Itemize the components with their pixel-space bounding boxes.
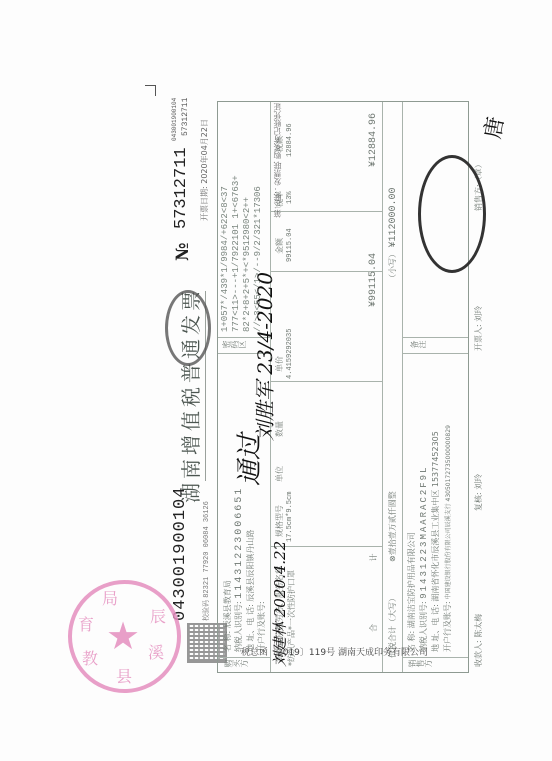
- seller-bank-label: 开户行及账号:: [443, 601, 452, 652]
- invoice-number-small: 57312711: [181, 98, 190, 136]
- printer-footer: 税总函〔2019〕119号 湖南天成印务有限公司: [241, 645, 428, 658]
- payee: 收款人: 陈太梅: [473, 614, 484, 667]
- reviewer-name: 刘玲: [474, 474, 483, 490]
- buyer-address-row: 地 址、电 话: 辰溪县辰阳镇丹山路: [245, 530, 256, 652]
- seller-address-row: 地 址、电 话: 湖南省怀化市辰溪县工业集中区 15377452305: [430, 431, 441, 652]
- remarks-label: 备注: [410, 339, 426, 350]
- seller-name: 湖南洁宝防护用品有限公司: [407, 532, 416, 628]
- buyer-name: 辰溪县教育局: [223, 580, 232, 628]
- issuer: 开票人: 刘玲: [473, 306, 484, 351]
- lowercase-value: ¥112000.00: [388, 187, 399, 247]
- cipher-line: 777<11>---+1/7922101 1+<6763+: [231, 175, 242, 332]
- check-code-label: 校验码: [202, 600, 210, 621]
- seller-bank-row: 开户行及账号: 中国建设银行股份有限公司辰溪支行 430501727350000…: [442, 425, 453, 652]
- star-icon: ★: [106, 614, 140, 658]
- total-tax: ¥12884.96: [368, 113, 379, 167]
- date-label: 开票日期:: [200, 186, 209, 221]
- reviewer-label: 复核:: [474, 492, 483, 511]
- tax-bureau-stamp: [165, 290, 211, 366]
- check-code-value: 82321 77920 06084 36126: [203, 501, 211, 598]
- item-amount: 99115.04: [286, 228, 294, 262]
- payee-name: 陈太梅: [474, 614, 483, 638]
- total-label: 合 计: [368, 523, 379, 632]
- divider: [270, 211, 382, 212]
- grand-total-lowercase: （小写） ¥112000.00: [387, 187, 399, 282]
- handwritten-signature: 刘胜军 23/4-2020: [249, 272, 278, 441]
- invoice-number: 57312711: [172, 147, 191, 229]
- seal-char: 局: [102, 586, 118, 609]
- check-code: 校验码 82321 77920 06084 36126: [201, 501, 211, 621]
- total-amount: ¥99115.04: [368, 253, 379, 307]
- seller-taxid-row: 纳税人识别号: 91431223MAARAC2F9L: [418, 466, 429, 652]
- seal-char: 育: [78, 612, 94, 635]
- item-tax-rate: 13%: [286, 191, 294, 204]
- buyer-address: 辰溪县辰阳镇丹山路: [246, 530, 255, 602]
- divider: [270, 271, 382, 272]
- divider: [382, 102, 383, 672]
- buyer-taxid-row: 纳税人识别号: 11431223006651: [233, 487, 245, 652]
- seller-name-row: 名 称: 湖南洁宝防护用品有限公司: [406, 532, 417, 652]
- header-spec: 规格型号: [274, 505, 285, 537]
- seller-invoice-stamp: [418, 155, 486, 273]
- cipher-label: 密码区: [222, 339, 246, 350]
- issuer-label: 开票人:: [474, 324, 483, 351]
- item-tax: 12884.96: [286, 123, 294, 157]
- divider: [270, 381, 382, 382]
- scanned-page: 043001900104 湖南增值税普通发票 № 57312711 043001…: [0, 0, 552, 761]
- item-spec: 17.5cm*9.5cm: [286, 492, 294, 542]
- scan-corner-mark: [145, 85, 156, 96]
- buyer-taxid: 11431223006651: [234, 487, 245, 599]
- date-value: 2020年04月22日: [200, 119, 209, 184]
- copy-note: 第二联：发票联 购买方记账凭证: [272, 103, 283, 218]
- seller-address: 湖南省怀化市辰溪县工业集中区 15377452305: [431, 431, 440, 602]
- seller-bank: 中国建设银行股份有限公司辰溪支行 43050172735000000829: [445, 425, 452, 599]
- invoice-code: 043001900104: [171, 487, 190, 621]
- seal-char: 县: [116, 664, 132, 687]
- buyer-section-label: 购买方: [224, 658, 248, 669]
- seal-char: 辰: [150, 604, 166, 627]
- item-unit-price: 4.4159292035: [286, 329, 294, 379]
- buyer-name-row: 名 称: 辰溪县教育局: [222, 580, 233, 652]
- seal-char: 教: [82, 646, 98, 669]
- cipher-line: 1+057*/439*1/9984/+622<8<37: [220, 175, 231, 332]
- header-amount: 金额: [274, 238, 285, 254]
- handwritten-approval: 通过: [229, 434, 266, 486]
- header-unit: 单位: [274, 466, 285, 482]
- number-label: №: [173, 243, 193, 261]
- seal-char: 溪: [148, 640, 164, 663]
- payee-label: 收款人:: [474, 640, 483, 667]
- buyer-name-label: 名 称:: [223, 631, 232, 652]
- grand-total-uppercase: ⊗壹拾壹万贰仟圆整: [387, 491, 398, 562]
- divider: [402, 102, 403, 672]
- seller-section-label: 销售方: [408, 658, 432, 669]
- buyer-red-seal: ★ 局 育 教 县 溪 辰: [68, 580, 181, 693]
- issue-date: 开票日期: 2020年04月22日: [199, 119, 210, 221]
- seller-address-label: 地 址、电 话:: [431, 604, 440, 652]
- lowercase-label: （小写）: [388, 250, 397, 282]
- invoice-code-small: 043001900104: [171, 98, 178, 141]
- reviewer: 复核: 刘玲: [473, 474, 484, 511]
- divider: [402, 337, 468, 338]
- divider: [402, 353, 468, 354]
- issuer-name: 刘玲: [474, 306, 483, 322]
- seller-taxid: 91431223MAARAC2F9L: [419, 466, 429, 599]
